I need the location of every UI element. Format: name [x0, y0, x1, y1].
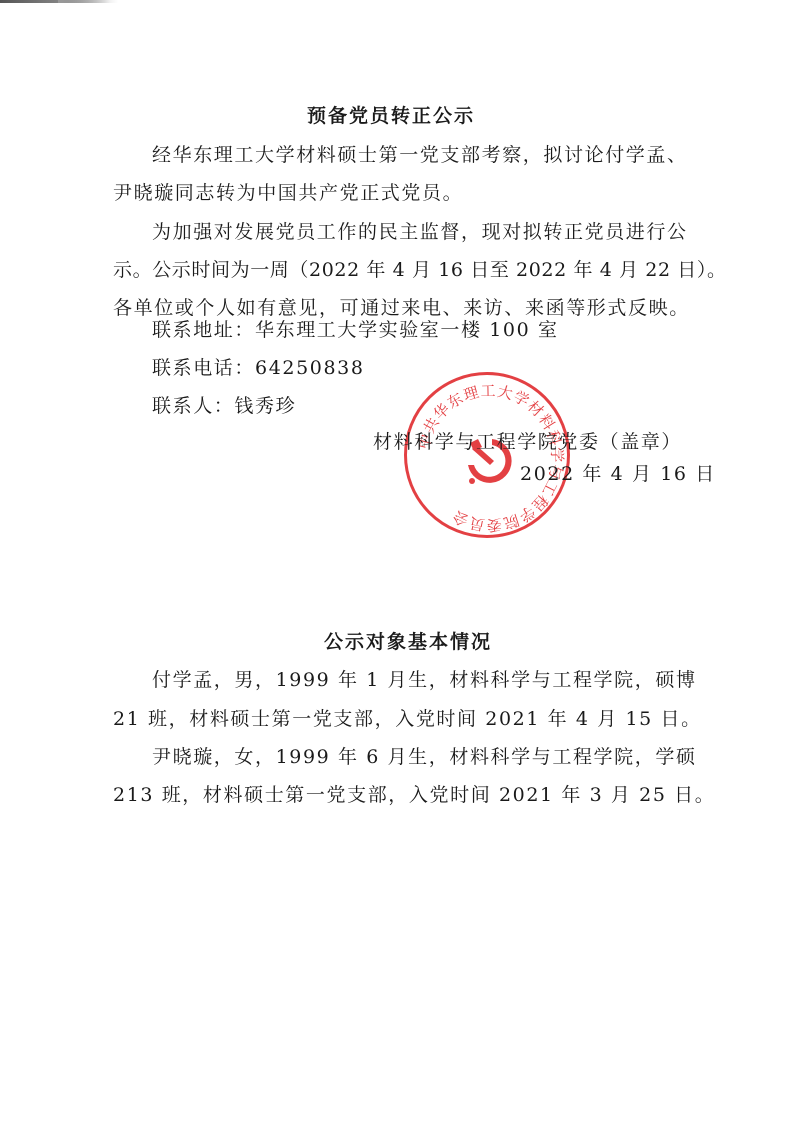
paragraph2-line3: 各单位或个人如有意见，可通过来电、来访、来函等形式反映。	[113, 296, 690, 320]
details-title: 公示对象基本情况	[324, 630, 492, 654]
signature-org: 材料科学与工程学院党委（盖章）	[373, 430, 682, 454]
seal-emblem-icon: 中共华东理工大学材料科学与工程学院委员会	[407, 375, 573, 541]
scan-edge	[58, 0, 118, 3]
person2-line1: 尹晓璇，女，1999 年 6 月生，材料科学与工程学院，学硕	[152, 745, 697, 769]
contact-person: 联系人：钱秀珍	[152, 394, 296, 418]
notice-title: 预备党员转正公示	[307, 104, 475, 128]
person1-line2: 21 班，材料硕士第一党支部，入党时间 2021 年 4 月 15 日。	[113, 707, 702, 731]
paragraph1-line1: 经华东理工大学材料硕士第一党支部考察，拟讨论付学孟、	[152, 143, 688, 167]
contact-phone: 联系电话：64250838	[152, 356, 365, 380]
paragraph1-line2: 尹晓璇同志转为中国共产党正式党员。	[113, 181, 463, 205]
person2-line2: 213 班，材料硕士第一党支部，入党时间 2021 年 3 月 25 日。	[113, 783, 715, 807]
person1-line1: 付学孟，男，1999 年 1 月生，材料科学与工程学院，硕博	[152, 668, 697, 692]
contact-address: 联系地址：华东理工大学实验室一楼 100 室	[152, 318, 559, 342]
paragraph2-line1: 为加强对发展党员工作的民主监督，现对拟转正党员进行公	[152, 220, 688, 244]
paragraph2-line2: 示。公示时间为一周（2022 年 4 月 16 日至 2022 年 4 月 22…	[113, 258, 727, 282]
official-seal: 中共华东理工大学材料科学与工程学院委员会	[404, 372, 570, 538]
signature-date: 2022 年 4 月 16 日	[520, 462, 716, 486]
